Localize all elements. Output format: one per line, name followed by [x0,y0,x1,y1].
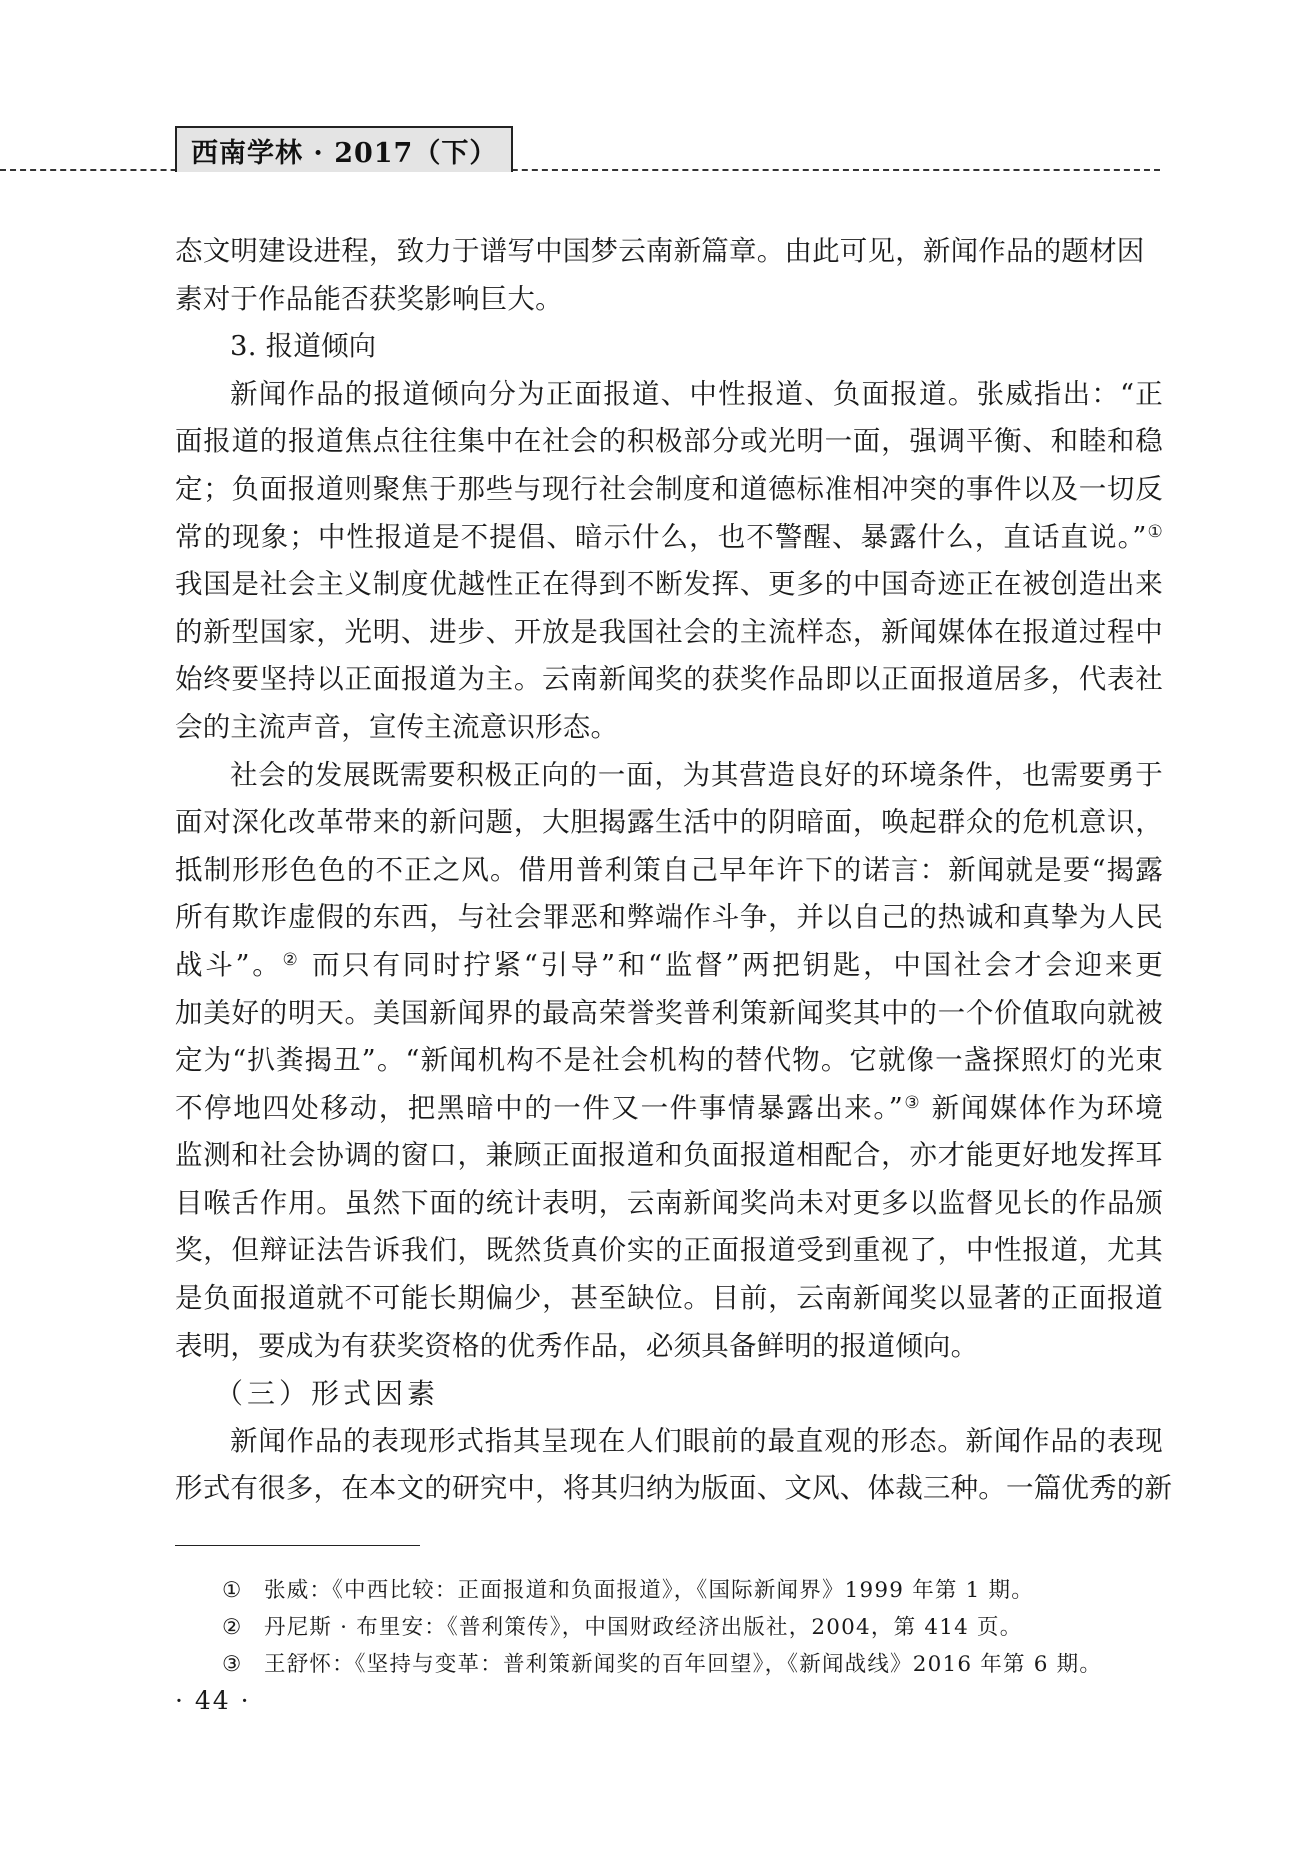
journal-page: 西南学林 · 2017（下） 态文明建设进程，致力于谱写中国梦云南新篇章。由此可… [0,0,1307,1859]
text-line: 是负面报道就不可能长期偏少，甚至缺位。目前，云南新闻奖以显著的正面报道 [175,1275,1163,1323]
footnote-1: ①张威：《中西比较：正面报道和负面报道》，《国际新闻界》1999 年第 1 期。 [222,1572,1152,1609]
text-line: 新闻作品的表现形式指其呈现在人们眼前的最直观的形态。新闻作品的表现 [175,1418,1163,1466]
footnotes: ①张威：《中西比较：正面报道和负面报道》，《国际新闻界》1999 年第 1 期。… [222,1572,1152,1683]
text-line: 定；负面报道则聚焦于那些与现行社会制度和道德标准相冲突的事件以及一切反 [175,466,1163,514]
text-segment: 常的现象；中性报道是不提倡、暗示什么，也不警醒、暴露什么，直话直说。” [175,521,1147,553]
article-body: 态文明建设进程，致力于谱写中国梦云南新篇章。由此可见，新闻作品的题材因 素对于作… [175,228,1163,1513]
footnote-mark: ② [222,1609,264,1646]
text-segment: 战斗”。 [175,949,283,981]
text-line: 社会的发展既需要积极正向的一面，为其营造良好的环境条件，也需要勇于 [175,752,1163,800]
text-line: 的新型国家，光明、进步、开放是我国社会的主流样态，新闻媒体在报道过程中 [175,609,1163,657]
text-line: 新闻作品的报道倾向分为正面报道、中性报道、负面报道。张威指出：“正 [175,371,1163,419]
footnote-ref-1[interactable]: ① [1147,522,1163,542]
footnote-text: 张威：《中西比较：正面报道和负面报道》，《国际新闻界》1999 年第 1 期。 [264,1578,1034,1603]
text-segment: 不停地四处移动，把黑暗中的一件又一件事情暴露出来。” [175,1092,903,1124]
text-line: 奖，但辩证法告诉我们，既然货真价实的正面报道受到重视了，中性报道，尤其 [175,1227,1163,1275]
text-line: 目喉舌作用。虽然下面的统计表明，云南新闻奖尚未对更多以监督见长的作品颁 [175,1180,1163,1228]
subsection-heading-3: 3. 报道倾向 [175,323,1163,371]
footnote-3: ③王舒怀：《坚持与变革：普利策新闻奖的百年回望》，《新闻战线》2016 年第 6… [222,1646,1152,1683]
footnote-mark: ① [222,1572,264,1609]
footnote-2: ②丹尼斯 · 布里安：《普利策传》，中国财政经济出版社，2004，第 414 页… [222,1609,1152,1646]
text-line: 素对于作品能否获奖影响巨大。 [175,276,1163,324]
text-line: 加美好的明天。美国新闻界的最高荣誉奖普利策新闻奖其中的一个价值取向就被 [175,990,1163,1038]
text-line: 会的主流声音，宣传主流意识形态。 [175,704,1163,752]
text-line: 不停地四处移动，把黑暗中的一件又一件事情暴露出来。”③ 新闻媒体作为环境 [175,1085,1163,1133]
text-line: 所有欺诈虚假的东西，与社会罪恶和弊端作斗争，并以自己的热诚和真挚为人民 [175,894,1163,942]
text-segment: 新闻媒体作为环境 [921,1092,1163,1124]
text-line: 面对深化改革带来的新问题，大胆揭露生活中的阴暗面，唤起群众的危机意识， [175,799,1163,847]
footnote-separator [175,1545,420,1546]
footnote-ref-3[interactable]: ③ [903,1093,921,1113]
header-dashed-rule [0,169,1160,171]
section-heading-form-factors: （三）形式因素 [175,1370,1163,1418]
page-number: · 44 · [175,1686,251,1715]
footnote-text: 王舒怀：《坚持与变革：普利策新闻奖的百年回望》，《新闻战线》2016 年第 6 … [264,1652,1102,1677]
footnote-text: 丹尼斯 · 布里安：《普利策传》，中国财政经济出版社，2004，第 414 页。 [264,1615,1022,1640]
running-title: 西南学林 · 2017（下） [191,131,497,170]
footnote-mark: ③ [222,1646,264,1683]
text-line: 形式有很多，在本文的研究中，将其归纳为版面、文风、体裁三种。一篇优秀的新 [175,1465,1163,1513]
text-line: 抵制形形色色的不正之风。借用普利策自己早年许下的诺言：新闻就是要“揭露 [175,847,1163,895]
text-line: 态文明建设进程，致力于谱写中国梦云南新篇章。由此可见，新闻作品的题材因 [175,228,1163,276]
text-line: 面报道的报道焦点往往集中在社会的积极部分或光明一面，强调平衡、和睦和稳 [175,418,1163,466]
text-line: 常的现象；中性报道是不提倡、暗示什么，也不警醒、暴露什么，直话直说。”① [175,514,1163,562]
footnote-ref-2[interactable]: ② [283,950,301,970]
text-line: 战斗”。② 而只有同时拧紧“引导”和“监督”两把钥匙，中国社会才会迎来更 [175,942,1163,990]
text-line: 定为“扒粪揭丑”。“新闻机构不是社会机构的替代物。它就像一盏探照灯的光束 [175,1037,1163,1085]
text-line: 表明，要成为有获奖资格的优秀作品，必须具备鲜明的报道倾向。 [175,1323,1163,1371]
text-line: 始终要坚持以正面报道为主。云南新闻奖的获奖作品即以正面报道居多，代表社 [175,656,1163,704]
running-header: 西南学林 · 2017（下） [175,126,513,172]
text-line: 监测和社会协调的窗口，兼顾正面报道和负面报道相配合，亦才能更好地发挥耳 [175,1132,1163,1180]
text-line: 我国是社会主义制度优越性正在得到不断发挥、更多的中国奇迹正在被创造出来 [175,561,1163,609]
text-segment: 而只有同时拧紧“引导”和“监督”两把钥匙，中国社会才会迎来更 [301,949,1163,981]
